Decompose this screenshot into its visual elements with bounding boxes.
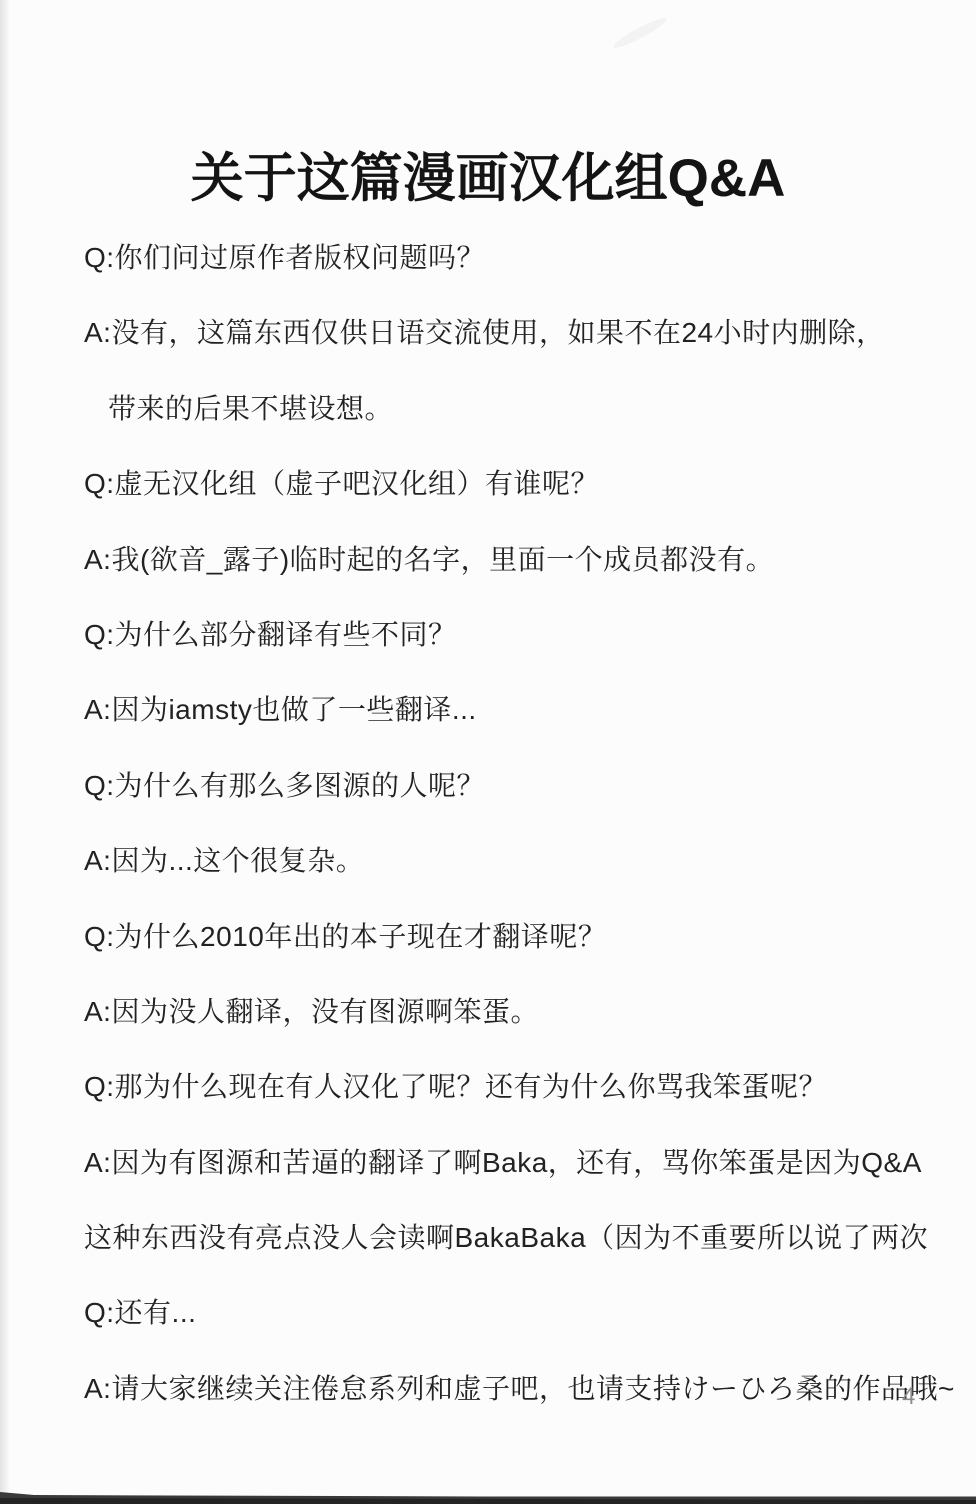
page-number: 4 bbox=[902, 1383, 915, 1411]
page-title: 关于这篇漫画汉化组Q&A bbox=[0, 136, 976, 212]
qa-line-answer-continued: 带来的后果不堪设想。 bbox=[84, 391, 944, 466]
scan-smudge bbox=[611, 15, 669, 52]
qa-line-answer: A:我(欲音_露子)临时起的名字，里面一个成员都没有。 bbox=[84, 542, 944, 617]
qa-line-answer: A:因为有图源和苦逼的翻译了啊Baka，还有，骂你笨蛋是因为Q&A bbox=[84, 1145, 944, 1220]
qa-line-question: Q:你们问过原作者版权问题吗？ bbox=[84, 240, 944, 315]
qa-line-answer: A:因为没人翻译，没有图源啊笨蛋。 bbox=[84, 994, 944, 1069]
left-scan-shadow bbox=[0, 0, 10, 1504]
qa-line-question: Q:那为什么现在有人汉化了呢？还有为什么你骂我笨蛋呢？ bbox=[84, 1069, 944, 1144]
qa-line-answer-continued: 这种东西没有亮点没人会读啊BakaBaka（因为不重要所以说了两次 bbox=[84, 1220, 944, 1295]
qa-line-question: Q:为什么有那么多图源的人呢？ bbox=[84, 768, 944, 843]
qa-line-answer: A:因为iamsty也做了一些翻译... bbox=[84, 692, 944, 767]
qa-line-answer: A:请大家继续关注倦怠系列和虚子吧，也请支持けーひろ桑的作品哦~ bbox=[84, 1371, 944, 1446]
qa-line-question: Q:虚无汉化组（虚子吧汉化组）有谁呢？ bbox=[84, 466, 944, 541]
qa-line-question: Q:还有... bbox=[84, 1295, 944, 1370]
qa-line-question: Q:为什么2010年出的本子现在才翻译呢？ bbox=[84, 919, 944, 994]
qa-text-block: Q:你们问过原作者版权问题吗？ A:没有，这篇东西仅供日语交流使用，如果不在24… bbox=[84, 240, 944, 1446]
qa-line-answer: A:因为...这个很复杂。 bbox=[84, 843, 944, 918]
bottom-scan-edge-artifact bbox=[0, 1488, 976, 1504]
qa-line-question: Q:为什么部分翻译有些不同？ bbox=[84, 617, 944, 692]
scanned-page: { "doc": { "title": "关于这篇漫画汉化组Q&A", "pag… bbox=[0, 0, 976, 1504]
qa-line-answer: A:没有，这篇东西仅供日语交流使用，如果不在24小时内删除， bbox=[84, 315, 944, 390]
